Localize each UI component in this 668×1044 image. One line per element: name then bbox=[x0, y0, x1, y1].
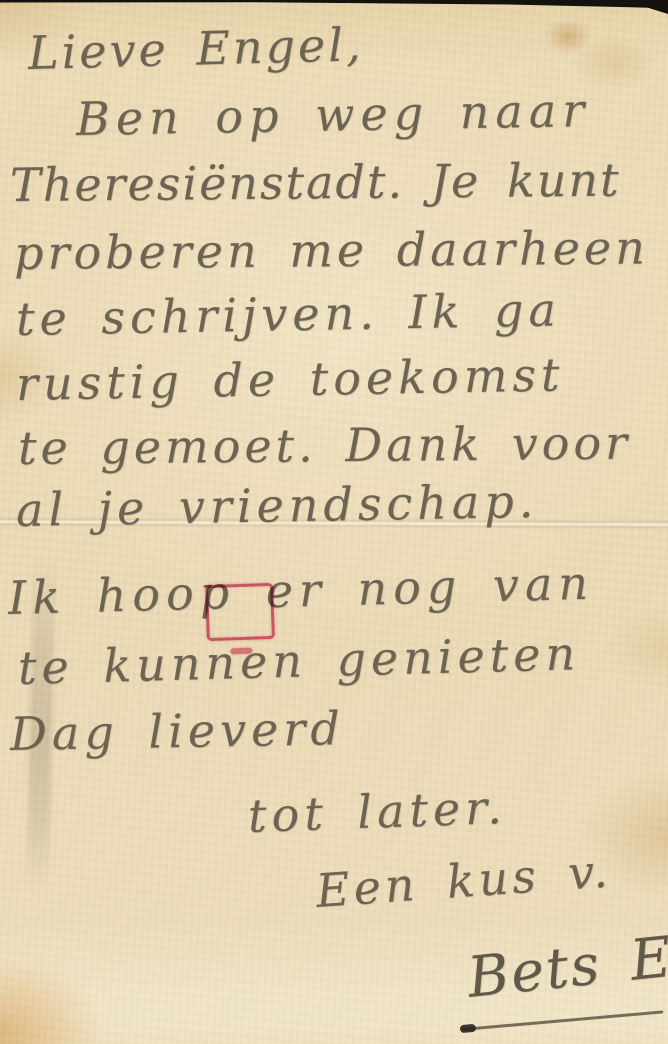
letter-paper: Lieve Engel, Ben op weg naar Theresiënst… bbox=[0, 0, 668, 1044]
letter-line: proberen me daarheen bbox=[14, 220, 649, 280]
salutation: Lieve Engel, bbox=[27, 17, 364, 80]
letter-line: Ben op weg naar bbox=[76, 83, 591, 146]
letter-line: Theresiënstadt. Je kunt bbox=[10, 153, 621, 212]
closing: tot later. bbox=[247, 780, 507, 843]
censor-stamp bbox=[205, 583, 275, 641]
letter-line: te gemoet. Dank voor bbox=[18, 416, 632, 475]
letter-line: al je vriendschap. bbox=[16, 474, 539, 537]
letter-line: rustig de toekomst bbox=[16, 347, 565, 411]
letter-line: Dag lieverd bbox=[10, 701, 346, 761]
letter-line: te schrijven. Ik ga bbox=[16, 282, 562, 346]
